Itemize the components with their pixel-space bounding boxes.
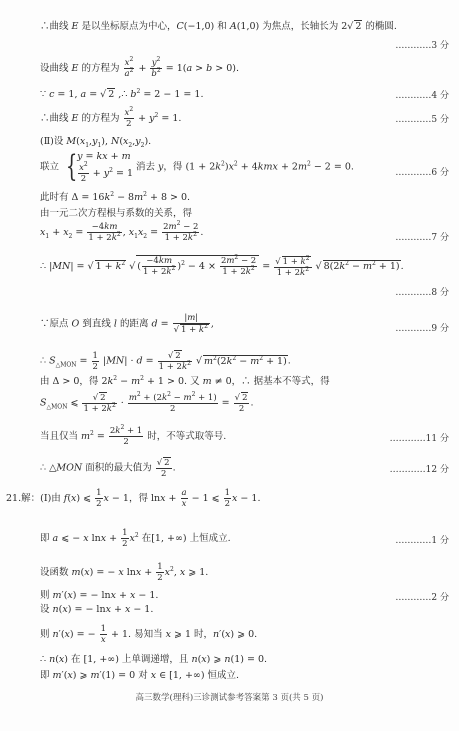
define-n-function-line: 设 n(x) = − lnx + x − 1.	[40, 604, 153, 616]
ellipse-equation-result: ∴曲线 E 的方程为 x22 + y2 = 1.	[40, 108, 181, 129]
score-mark-9: …………9 分	[395, 321, 449, 334]
n-monotonic-line: ∴ n(x) 在 [1, +∞) 上单调递增，且 n(x) ⩾ n(1) = 0…	[40, 654, 267, 666]
score-mark-q21-1: …………1 分	[395, 533, 449, 546]
score-mark-7: …………7 分	[395, 230, 449, 243]
score-mark-11: …………11 分	[390, 431, 449, 444]
m-derivative-line: 则 m′(x) = − lnx + x − 1.	[40, 590, 158, 602]
distance-line: ∵原点 O 到直线 l 的距离 d = |m|√1 + k2,	[40, 313, 214, 335]
vieta-formulas-line: x1 + x2 = −4km1 + 2k2, x1x2 = 2m2 − 21 +…	[40, 222, 203, 243]
inequality-transform-line: 即 a ⩽ − x lnx + 12x2 在[1, +∞) 上恒成立.	[40, 528, 231, 549]
part2-setup-line: (Ⅱ)设 M(x1,y1), N(x2,y2).	[40, 136, 151, 148]
simultaneous-equations-line: 联立 {y = kx + mx22 + y2 = 1 消去 y，得 (1 + 2…	[40, 150, 354, 184]
question-21-start: 21.解：(Ⅰ)由 f(x) ⩽ 12x − 1，得 lnx + ax − 1 …	[6, 488, 260, 509]
max-area-line: ∴ △MON 面积的最大值为 √22.	[40, 457, 176, 479]
discriminant-line: 此时有 Δ = 16k2 − 8m2 + 8 > 0.	[40, 192, 190, 204]
page-footer: 高三数学(理科)三诊测试参考答案第 3 页(共 5 页)	[0, 691, 459, 703]
n-derivative-line: 则 n′(x) = − 1x + 1. 易知当 x ⩾ 1 时，n′(x) ⩾ …	[40, 624, 257, 645]
chord-length-line: ∴ |MN| = √1 + k2 √(−4km1 + 2k2)2 − 4 × 2…	[40, 255, 404, 278]
m-derivative-nonnegative-line: 即 m′(x) ⩾ m′(1) = 0 对 x ∈ [1, +∞) 恒成立.	[40, 670, 239, 682]
parameter-values-line: ∵ c = 1, a = √2 ,∴ b2 = 2 − 1 = 1.	[40, 88, 203, 101]
score-mark-12: …………12 分	[390, 462, 449, 475]
ellipse-equation-setup: 设曲线 E 的方程为 x2a2 + y2b2 = 1(a > b > 0).	[40, 58, 239, 79]
vieta-intro-line: 由一元二次方程根与系数的关系，得	[40, 208, 192, 220]
score-mark-3: …………3 分	[395, 38, 449, 51]
ellipse-conclusion-line: ∴曲线 E 是以坐标原点为中心，C(−1,0) 和 A(1,0) 为焦点，长轴长…	[40, 20, 397, 33]
score-mark-8: …………8 分	[395, 285, 449, 298]
score-mark-q21-2: …………2 分	[395, 590, 449, 603]
define-m-function-line: 设函数 m(x) = − x lnx + 12x2, x ⩾ 1.	[40, 562, 208, 583]
score-mark-6: …………6 分	[395, 165, 449, 178]
area-bound-line: S△MON ⩽ √21 + 2k2 · m2 + (2k2 − m2 + 1)2…	[40, 392, 254, 414]
score-mark-5: …………5 分	[395, 112, 449, 125]
score-mark-4: …………4 分	[395, 88, 449, 101]
equality-condition-line: 当且仅当 m2 = 2k2 + 12 时，不等式取等号.	[40, 426, 226, 447]
answer-key-page: ∴曲线 E 是以坐标原点为中心，C(−1,0) 和 A(1,0) 为焦点，长轴长…	[0, 0, 459, 731]
inequality-intro-line: 由 Δ > 0，得 2k2 − m2 + 1 > 0. 又 m ≠ 0，∴ 据基…	[40, 376, 330, 388]
area-formula-line: ∴ S△MON = 12 |MN| · d = √21 + 2k2 √m2(2k…	[40, 350, 291, 372]
